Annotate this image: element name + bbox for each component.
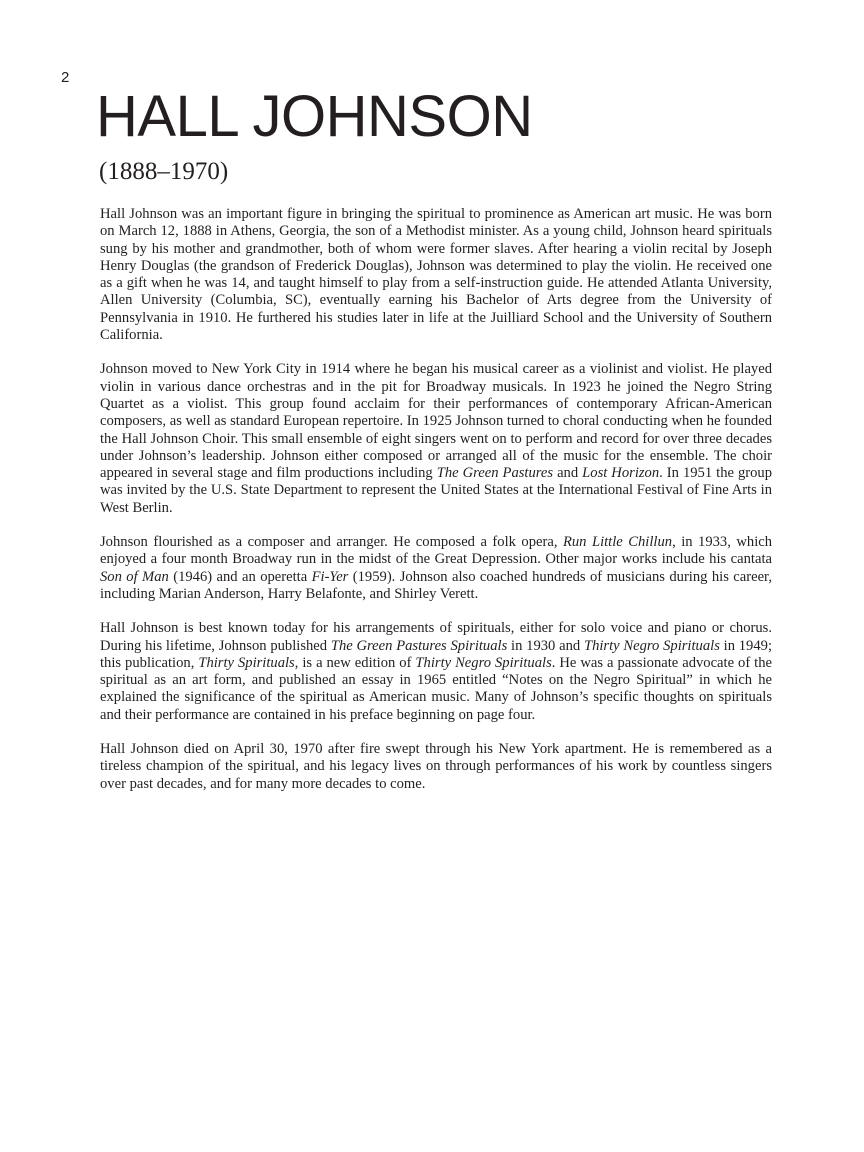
work-title: Run Little Chillun xyxy=(563,534,672,550)
text-segment: and xyxy=(553,465,582,481)
text-segment: Hall Johnson was an important figure in … xyxy=(100,206,772,343)
paragraph-spirituals-legacy: Hall Johnson is best known today for his… xyxy=(100,620,772,724)
paragraph-death: Hall Johnson died on April 30, 1970 afte… xyxy=(100,741,772,793)
page-title: HALL JOHNSON xyxy=(96,84,533,150)
paragraph-early-life: Hall Johnson was an important figure in … xyxy=(100,206,772,344)
paragraph-new-york-career: Johnson moved to New York City in 1914 w… xyxy=(100,361,772,517)
work-title: Thirty Negro Spirituals xyxy=(584,638,720,654)
work-title: Thirty Negro Spirituals xyxy=(415,655,551,671)
text-segment: Johnson flourished as a composer and arr… xyxy=(100,534,563,550)
text-segment: (1946) and an operetta xyxy=(169,569,312,585)
work-title: Son of Man xyxy=(100,569,169,585)
work-title: Thirty Spirituals xyxy=(198,655,294,671)
work-title: Lost Horizon xyxy=(582,465,659,481)
text-segment: in 1930 and xyxy=(507,638,584,654)
text-segment: Hall Johnson died on April 30, 1970 afte… xyxy=(100,741,772,792)
page-number: 2 xyxy=(61,69,69,87)
text-segment: , is a new edition of xyxy=(295,655,416,671)
life-dates-subtitle: (1888–1970) xyxy=(99,156,228,188)
paragraph-composer-arranger: Johnson flourished as a composer and arr… xyxy=(100,534,772,603)
work-title: The Green Pastures xyxy=(437,465,553,481)
work-title: The Green Pastures Spirituals xyxy=(331,638,507,654)
text-segment: Johnson moved to New York City in 1914 w… xyxy=(100,361,772,481)
biography-body: Hall Johnson was an important figure in … xyxy=(100,206,772,810)
work-title: Fi-Yer xyxy=(312,569,349,585)
